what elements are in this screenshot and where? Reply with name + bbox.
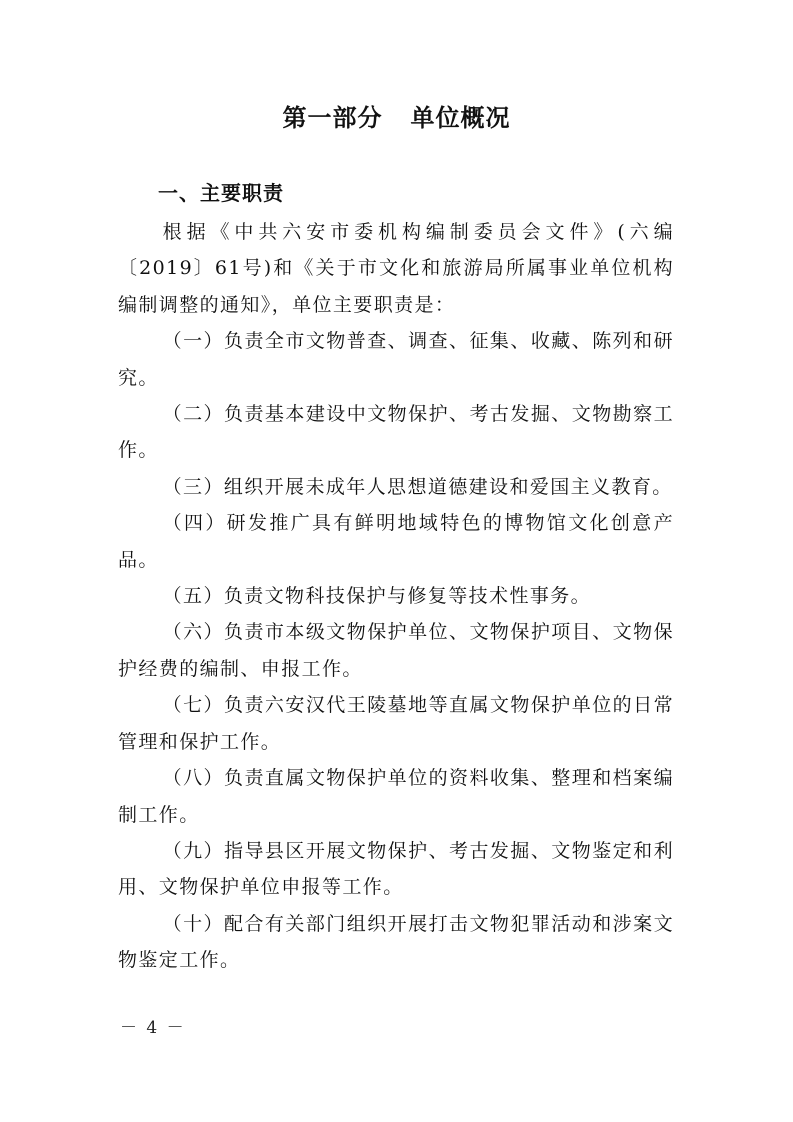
duty-item-10: （十）配合有关部门组织开展打击文物犯罪活动和涉案文物鉴定工作。 bbox=[118, 906, 674, 979]
title-name: 单位概况 bbox=[411, 104, 511, 132]
title-part: 第一部分 bbox=[283, 104, 383, 132]
duty-item-8: （八）负责直属文物保护单位的资料收集、整理和档案编制工作。 bbox=[118, 760, 674, 833]
document-body: 根据《中共六安市委机构编制委员会文件》(六编〔2019〕61号)和《关于市文化和… bbox=[118, 214, 674, 979]
document-page: 第一部分单位概况 一、主要职责 根据《中共六安市委机构编制委员会文件》(六编〔2… bbox=[0, 0, 793, 1122]
duty-item-4: （四）研发推广具有鲜明地域特色的博物馆文化创意产品。 bbox=[118, 505, 674, 578]
duty-item-9: （九）指导县区开展文物保护、考古发掘、文物鉴定和利用、文物保护单位申报等工作。 bbox=[118, 833, 674, 906]
page-number: － 4 － bbox=[120, 1016, 186, 1040]
page-title: 第一部分单位概况 bbox=[0, 102, 793, 134]
duty-item-5: （五）负责文物科技保护与修复等技术性事务。 bbox=[118, 578, 674, 614]
duty-item-3: （三）组织开展未成年人思想道德建设和爱国主义教育。 bbox=[118, 469, 674, 505]
duty-item-2: （二）负责基本建设中文物保护、考古发掘、文物勘察工作。 bbox=[118, 396, 674, 469]
duty-item-1: （一）负责全市文物普查、调查、征集、收藏、陈列和研究。 bbox=[118, 323, 674, 396]
section-heading: 一、主要职责 bbox=[158, 178, 284, 208]
intro-paragraph: 根据《中共六安市委机构编制委员会文件》(六编〔2019〕61号)和《关于市文化和… bbox=[118, 214, 674, 323]
duty-item-6: （六）负责市本级文物保护单位、文物保护项目、文物保护经费的编制、申报工作。 bbox=[118, 614, 674, 687]
duty-item-7: （七）负责六安汉代王陵墓地等直属文物保护单位的日常管理和保护工作。 bbox=[118, 687, 674, 760]
